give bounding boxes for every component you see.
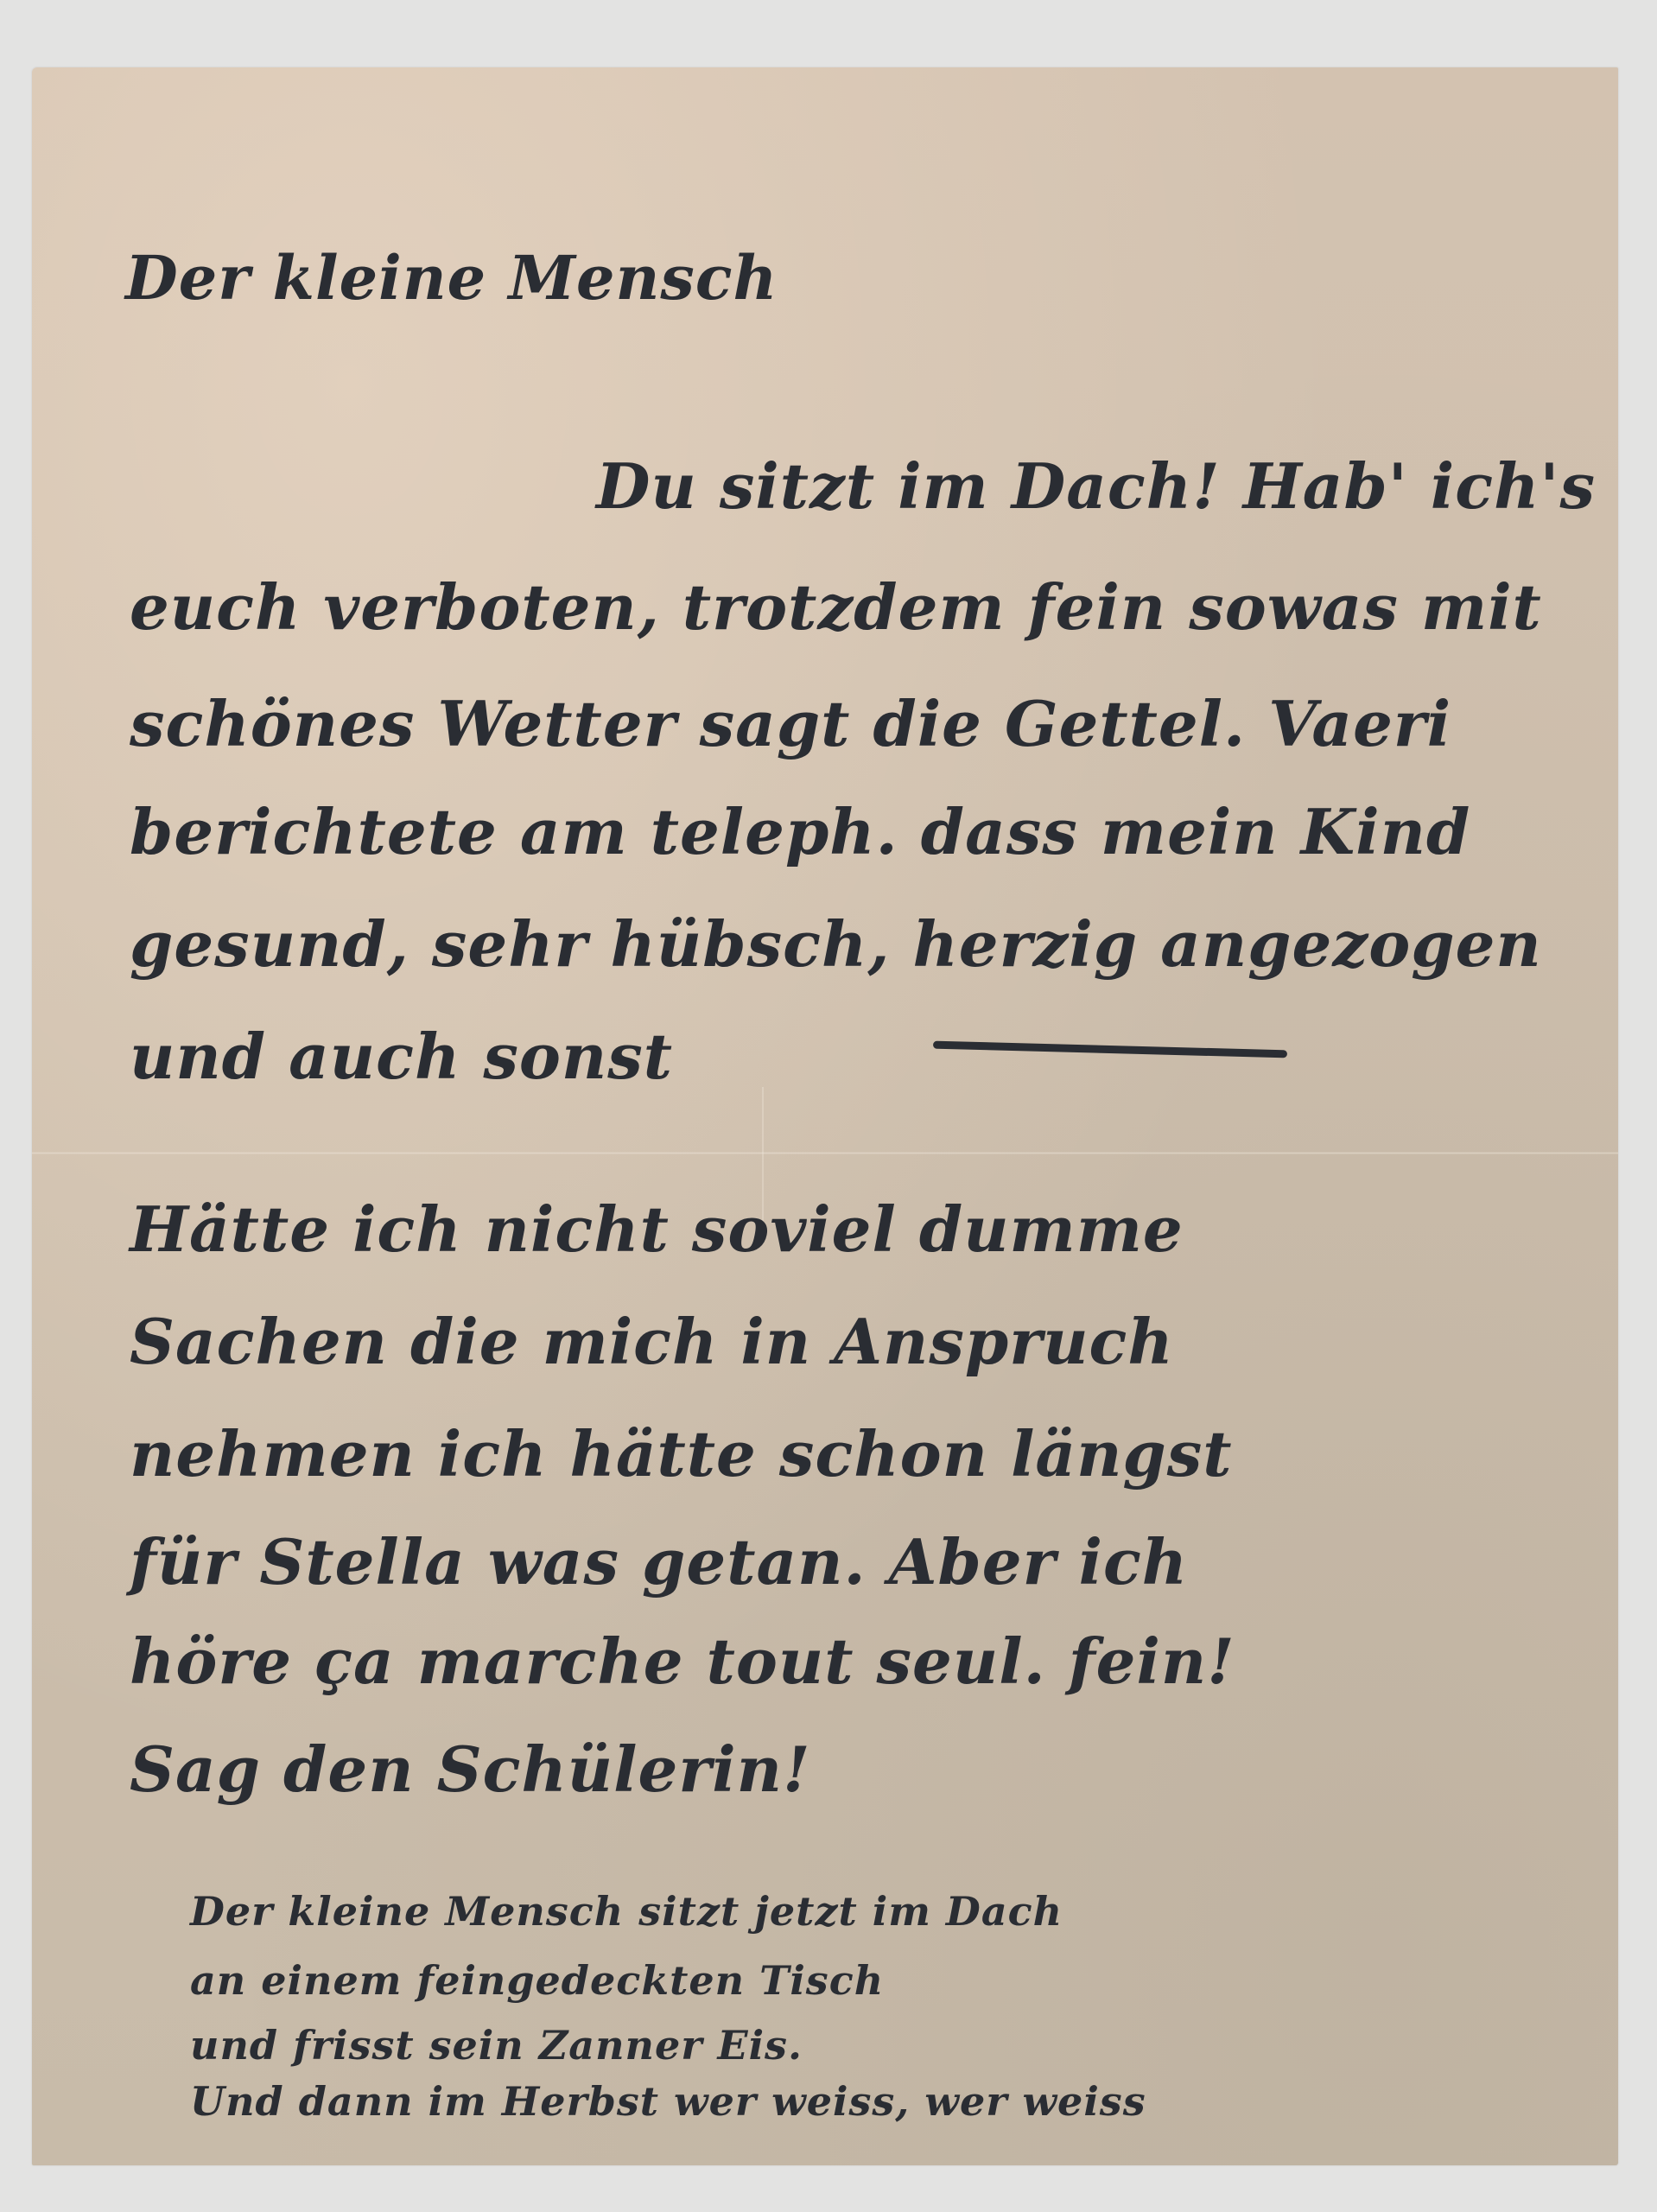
paragraph2-line-1: Hätte ich nicht soviel dumme: [130, 1192, 1184, 1266]
letter-paper: [32, 67, 1618, 2165]
paragraph1-line-2: euch verboten, trotzdem fein sowas mit: [130, 570, 1542, 644]
paragraph2-line-6: Sag den Schülerin!: [130, 1732, 811, 1806]
paragraph2-line-2: Sachen die mich in Anspruch: [130, 1305, 1174, 1378]
paragraph2-line-5: höre ça marche tout seul. fein!: [130, 1624, 1235, 1698]
paragraph1-line-5: gesund, sehr hübsch, herzig angezogen: [130, 907, 1542, 981]
letter-title: Der kleine Mensch: [125, 242, 778, 314]
poem-line-1: Der kleine Mensch sitzt jetzt im Dach: [190, 1888, 1063, 1935]
paragraph1-line-6: und auch sonst: [130, 1020, 673, 1093]
paragraph1-line-3: schönes Wetter sagt die Gettel. Vaeri: [130, 687, 1451, 760]
paragraph2-line-3: nehmen ich hätte schon längst: [130, 1417, 1233, 1491]
paragraph1-line-1: Du sitzt im Dach! Hab' ich's: [596, 449, 1596, 523]
poem-line-4: Und dann im Herbst wer weiss, wer weiss: [190, 2078, 1146, 2125]
paragraph1-line-4: berichtete am teleph. dass mein Kind: [130, 795, 1470, 868]
poem-line-2: an einem feingedeckten Tisch: [190, 1957, 884, 2004]
paragraph2-line-4: für Stella was getan. Aber ich: [130, 1525, 1188, 1599]
poem-line-3: und frisst sein Zanner Eis.: [190, 2022, 803, 2069]
horizontal-fold-crease: [32, 1152, 1618, 1154]
